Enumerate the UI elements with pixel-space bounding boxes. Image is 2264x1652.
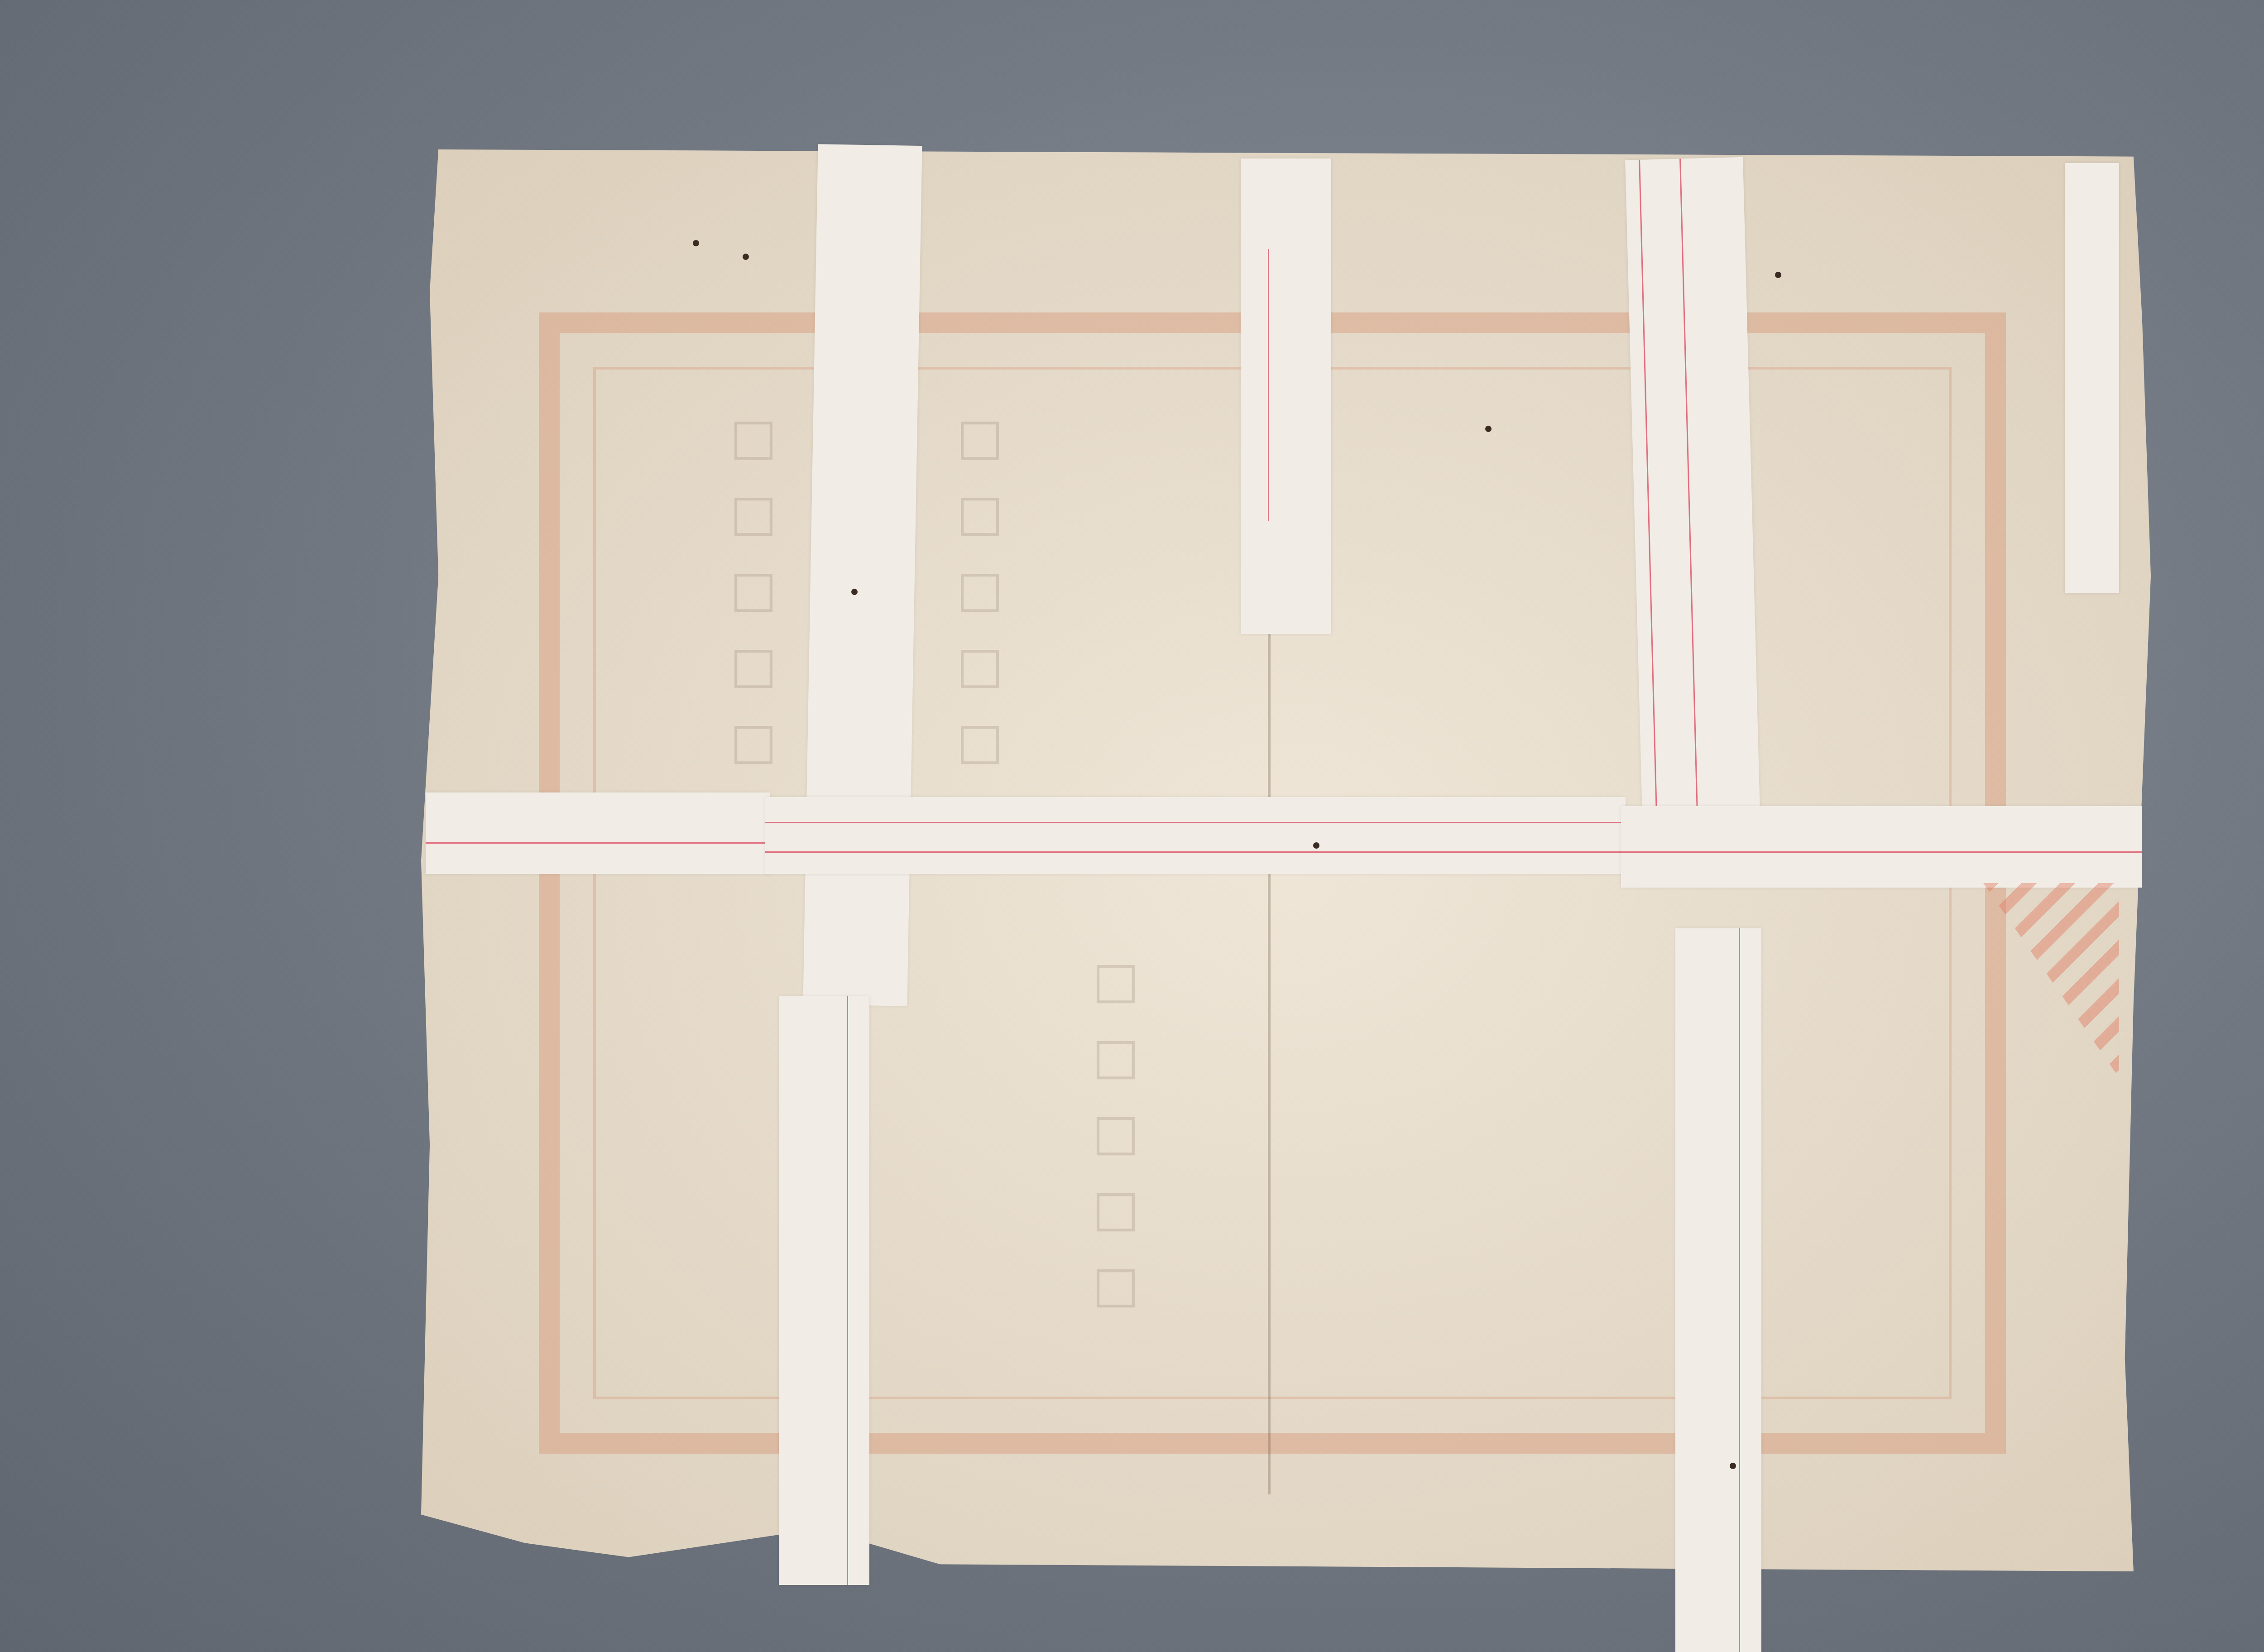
repair-tape-horizontal (1621, 806, 2142, 888)
bleed-through-text: □□□□□□ (951, 408, 1009, 864)
center-fold-tear (1268, 634, 1271, 1494)
repair-tape-horizontal (426, 792, 770, 874)
repair-tape-horizontal (765, 797, 1626, 874)
repair-tape-vertical (2065, 163, 2119, 593)
repair-tape-vertical (779, 996, 869, 1585)
repair-tape-vertical (1625, 157, 1762, 884)
repair-tape-vertical (1675, 928, 1761, 1652)
repair-tape-vertical (803, 144, 922, 1006)
repair-tape-vertical (1241, 158, 1331, 634)
bleed-through-text: □□□□□ (1087, 951, 1145, 1331)
